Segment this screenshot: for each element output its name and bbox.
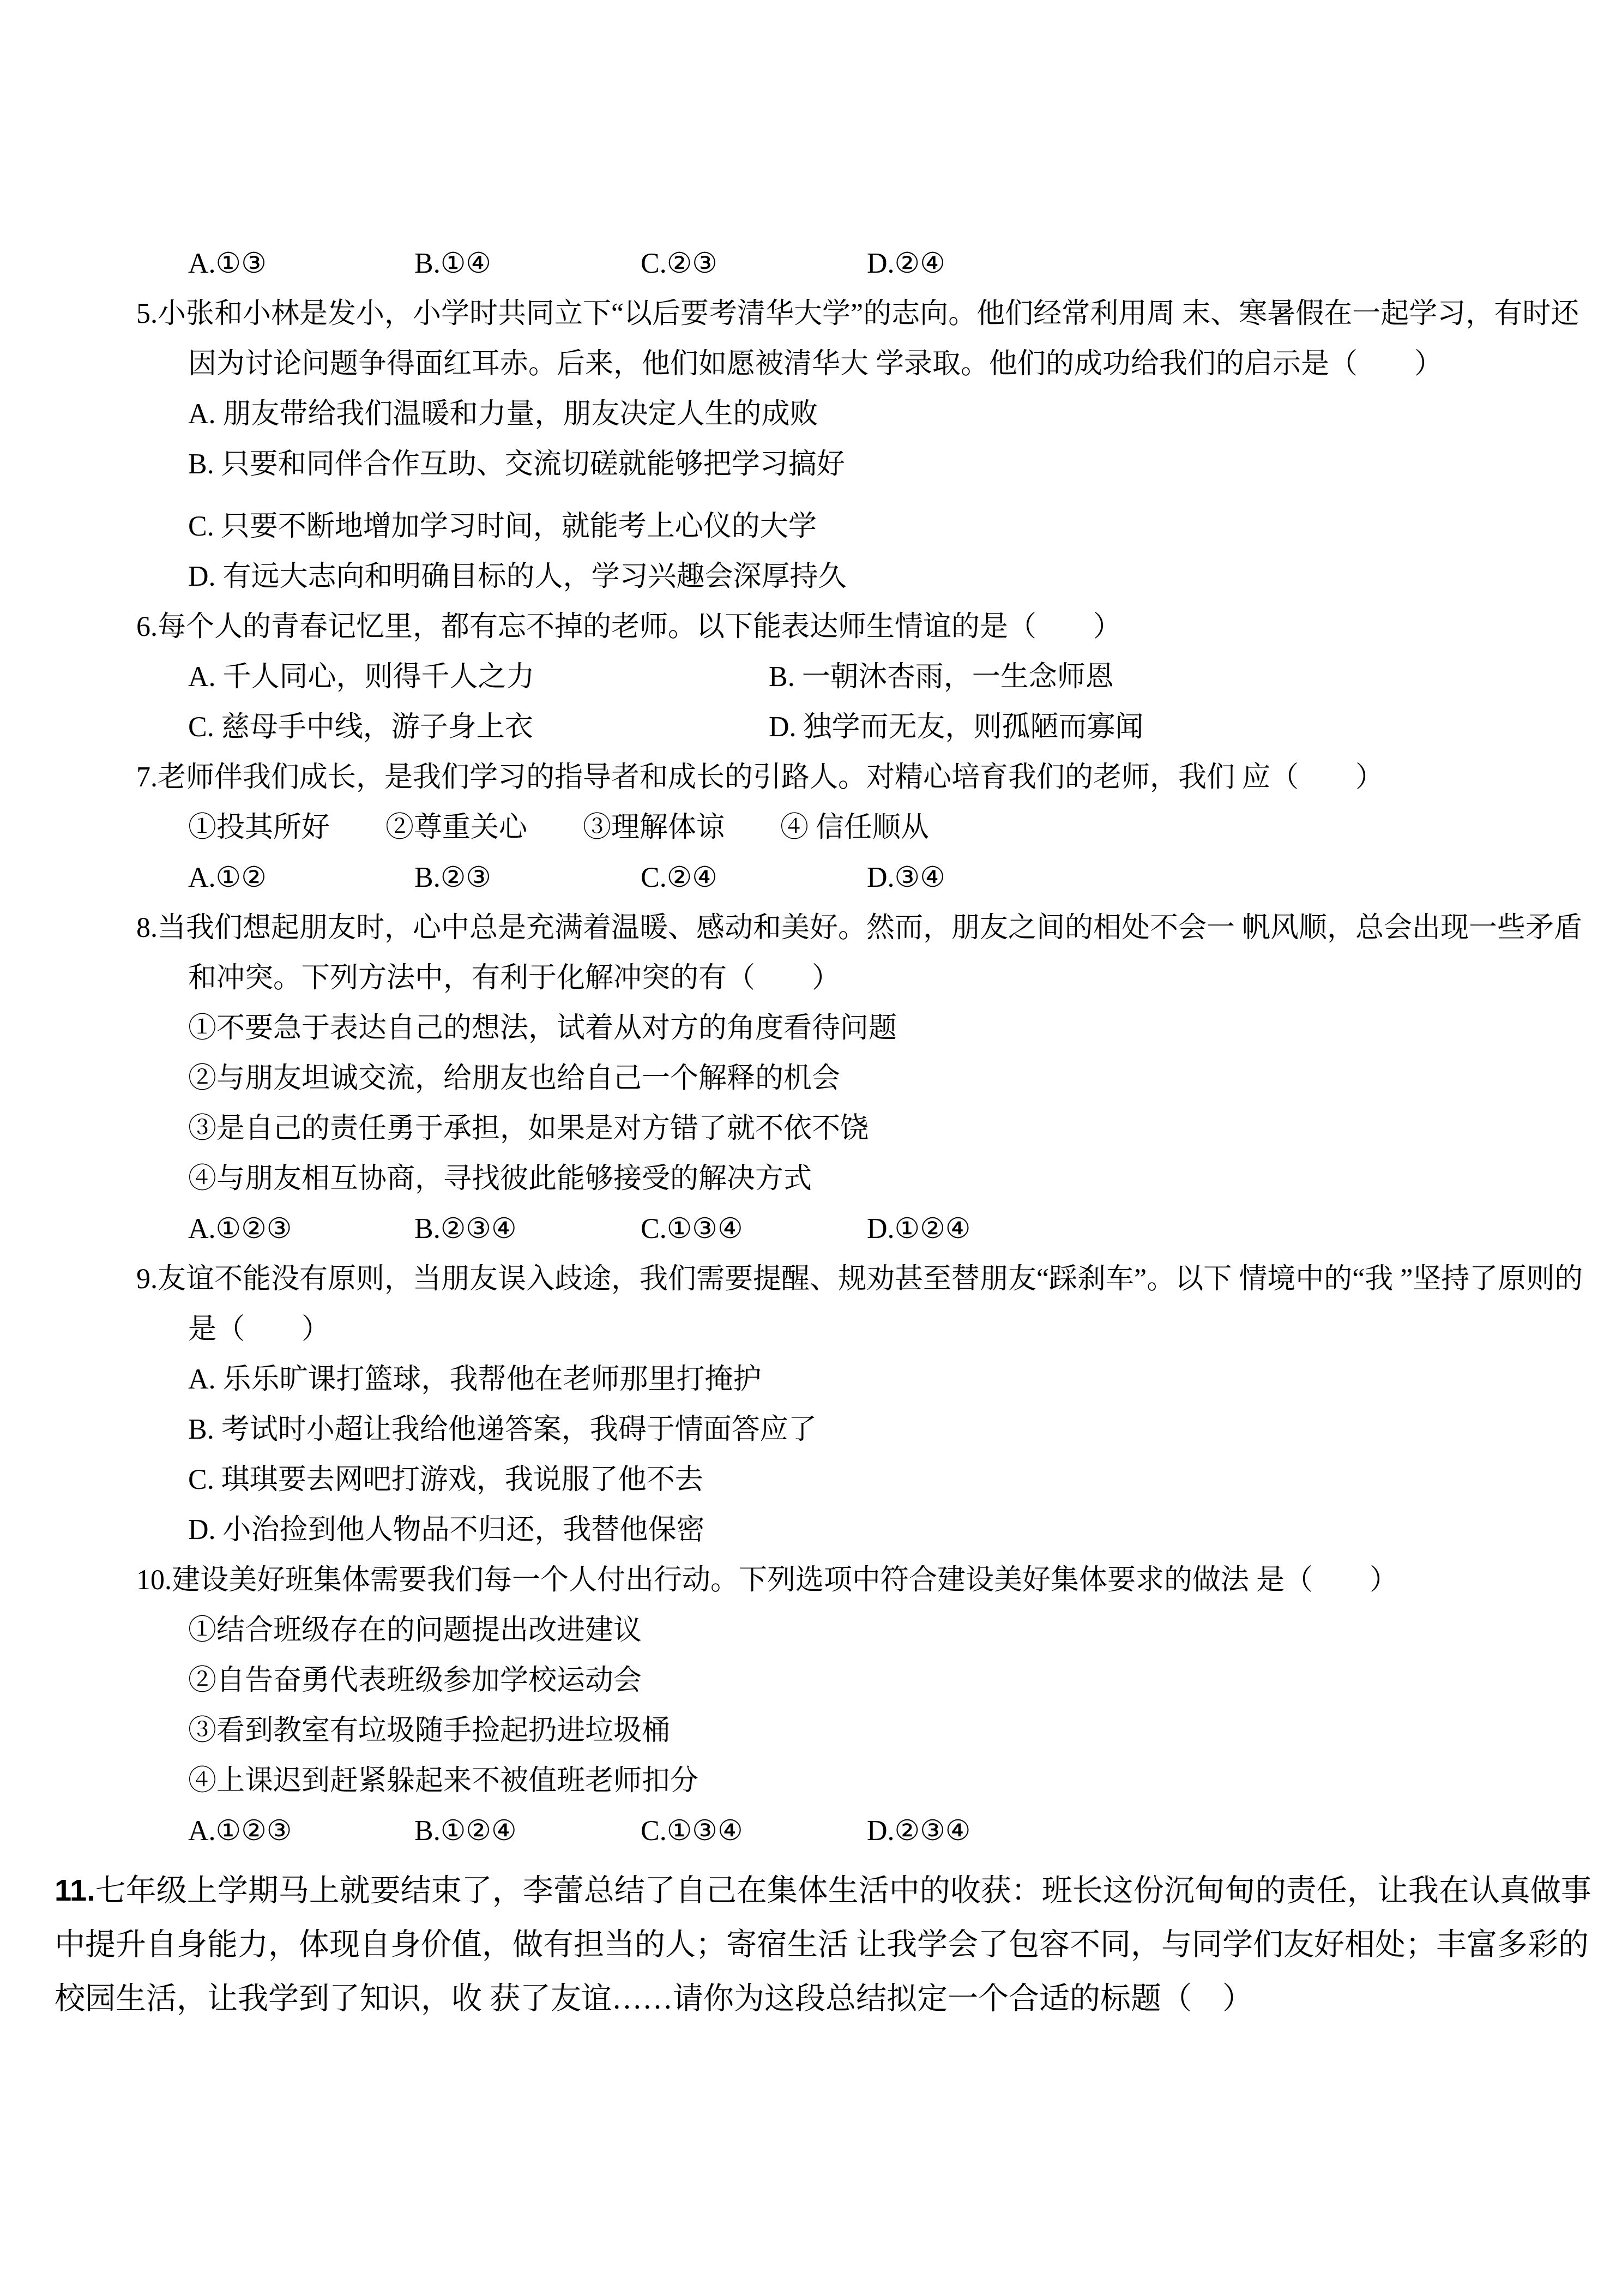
question-10-option-d: D.②③④ [867, 1806, 970, 1856]
question-5-option-a: A. 朋友带给我们温暖和力量，朋友决定人生的成败 [188, 389, 1589, 440]
question-10-option-a: A.①②③ [188, 1806, 414, 1856]
question-5-stem-text: 小张和小林是发小，小学时共同立下“以后要考清华大学”的志向。他们经常利用周 末、… [158, 298, 1579, 380]
question-7-option-c: C.②④ [641, 853, 867, 903]
question-10-options-row: A.①②③ B.①②④ C.①③④ D.②③④ [188, 1806, 1589, 1856]
question-7: 7.老师伴我们成长，是我们学习的指导者和成长的引路人。对精心培育我们的老师，我们… [136, 753, 1589, 903]
question-7-subitem-3: ③理解体谅 [583, 803, 780, 853]
question-10-option-c: C.①③④ [641, 1806, 867, 1856]
question-4-option-b: B.①④ [414, 239, 641, 289]
question-7-option-b: B.②③ [414, 853, 641, 903]
question-10-option-b: B.①②④ [414, 1806, 641, 1856]
question-5-option-b: B. 只要和同伴合作互助、交流切磋就能够把学习搞好 [188, 440, 1589, 490]
question-7-stem: 7.老师伴我们成长，是我们学习的指导者和成长的引路人。对精心培育我们的老师，我们… [136, 753, 1589, 803]
question-9-option-b: B. 考试时小超让我给他递答案，我碍于情面答应了 [188, 1405, 1589, 1455]
question-7-subitem-1: ①投其所好 [188, 803, 385, 853]
question-9-option-d: D. 小治捡到他人物品不归还，我替他保密 [188, 1505, 1589, 1555]
question-7-options-row: A.①② B.②③ C.②④ D.③④ [188, 853, 1589, 903]
exam-content: A.①③ B.①④ C.②③ D.②④ 5.小张和小林是发小，小学时共同立下“以… [136, 239, 1589, 2026]
question-6-option-d: D. 独学而无友，则孤陋而寡闻 [769, 702, 1144, 753]
question-8-option-c: C.①③④ [641, 1204, 867, 1254]
question-9: 9.友谊不能没有原则，当朋友误入歧途，我们需要提醒、规劝甚至替朋友“踩刹车”。以… [136, 1254, 1589, 1555]
question-11-text: 七年级上学期马上就要结束了，李蕾总结了自己在集体生活中的收获：班长这份沉甸甸的责… [55, 1874, 1591, 2016]
question-8-subitem-2: ②与朋友坦诚交流，给朋友也给自己一个解释的机会 [188, 1054, 1589, 1104]
question-9-option-c: C. 琪琪要去网吧打游戏，我说服了他不去 [188, 1455, 1589, 1505]
question-6-stem: 6.每个人的青春记忆里，都有忘不掉的老师。以下能表达师生情谊的是（ ） [136, 602, 1589, 652]
question-6-stem-text: 每个人的青春记忆里，都有忘不掉的老师。以下能表达师生情谊的是（ ） [158, 611, 1121, 642]
question-5-number: 5. [136, 298, 158, 329]
question-8-subitem-1: ①不要急于表达自己的想法，试着从对方的角度看待问题 [188, 1003, 1589, 1054]
question-6-number: 6. [136, 611, 158, 642]
question-10-subitem-4: ④上课迟到赶紧躲起来不被值班老师扣分 [188, 1756, 1589, 1806]
question-6-option-a: A. 千人同心，则得千人之力 [188, 652, 769, 702]
exam-paper-page: A.①③ B.①④ C.②③ D.②④ 5.小张和小林是发小，小学时共同立下“以… [0, 0, 1622, 2296]
question-5-option-c: C. 只要不断地增加学习时间，就能考上心仪的大学 [188, 502, 1589, 552]
question-8-subitem-3: ③是自己的责任勇于承担，如果是对方错了就不依不饶 [188, 1104, 1589, 1154]
question-8-options-row: A.①②③ B.②③④ C.①③④ D.①②④ [188, 1204, 1589, 1254]
question-10-stem: 10.建设美好班集体需要我们每一个人付出行动。下列选项中符合建设美好集体要求的做… [136, 1555, 1589, 1606]
question-8-number: 8. [136, 912, 158, 943]
question-4-option-c: C.②③ [641, 239, 867, 289]
question-10-subitem-1: ①结合班级存在的问题提出改进建议 [188, 1606, 1589, 1656]
question-8-stem-text: 当我们想起朋友时，心中总是充满着温暖、感动和美好。然而，朋友之间的相处不会一 帆… [158, 912, 1582, 994]
question-7-stem-text: 老师伴我们成长，是我们学习的指导者和成长的引路人。对精心培育我们的老师，我们 应… [158, 762, 1384, 793]
question-8-option-a: A.①②③ [188, 1204, 414, 1254]
question-6: 6.每个人的青春记忆里，都有忘不掉的老师。以下能表达师生情谊的是（ ） A. 千… [136, 602, 1589, 753]
question-8-option-d: D.①②④ [867, 1204, 970, 1254]
question-8: 8.当我们想起朋友时，心中总是充满着温暖、感动和美好。然而，朋友之间的相处不会一… [136, 903, 1589, 1254]
question-5-option-d: D. 有远大志向和明确目标的人，学习兴趣会深厚持久 [188, 552, 1589, 602]
question-10-stem-text: 建设美好班集体需要我们每一个人付出行动。下列选项中符合建设美好集体要求的做法 是… [172, 1565, 1398, 1596]
question-10: 10.建设美好班集体需要我们每一个人付出行动。下列选项中符合建设美好集体要求的做… [136, 1555, 1589, 1856]
question-7-subitem-2: ②尊重关心 [385, 803, 583, 853]
question-9-option-a: A. 乐乐旷课打篮球，我帮他在老师那里打掩护 [188, 1355, 1589, 1405]
question-7-subitem-4: ④ 信任顺从 [780, 803, 929, 853]
question-6-options-row-2: C. 慈母手中线，游子身上衣 D. 独学而无友，则孤陋而寡闻 [188, 702, 1589, 753]
question-8-subitem-4: ④与朋友相互协商，寻找彼此能够接受的解决方式 [188, 1154, 1589, 1204]
question-7-number: 7. [136, 762, 158, 793]
question-10-subitem-2: ②自告奋勇代表班级参加学校运动会 [188, 1656, 1589, 1706]
question-4-options-row: A.①③ B.①④ C.②③ D.②④ [188, 239, 1589, 289]
question-11: 11.七年级上学期马上就要结束了，李蕾总结了自己在集体生活中的收获：班长这份沉甸… [55, 1863, 1592, 2026]
question-6-option-c: C. 慈母手中线，游子身上衣 [188, 702, 769, 753]
question-9-stem-text: 友谊不能没有原则，当朋友误入歧途，我们需要提醒、规劝甚至替朋友“踩刹车”。以下 … [158, 1264, 1583, 1345]
question-9-stem: 9.友谊不能没有原则，当朋友误入歧途，我们需要提醒、规劝甚至替朋友“踩刹车”。以… [136, 1254, 1589, 1355]
question-4-option-d: D.②④ [867, 239, 945, 289]
question-6-options-row-1: A. 千人同心，则得千人之力 B. 一朝沐杏雨，一生念师恩 [188, 652, 1589, 702]
question-5: 5.小张和小林是发小，小学时共同立下“以后要考清华大学”的志向。他们经常利用周 … [136, 289, 1589, 602]
question-10-subitem-3: ③看到教室有垃圾随手捡起扔进垃圾桶 [188, 1706, 1589, 1756]
question-5-stem: 5.小张和小林是发小，小学时共同立下“以后要考清华大学”的志向。他们经常利用周 … [136, 289, 1589, 389]
question-6-option-b: B. 一朝沐杏雨，一生念师恩 [769, 652, 1114, 702]
question-7-option-a: A.①② [188, 853, 414, 903]
question-7-option-d: D.③④ [867, 853, 945, 903]
question-7-subitems-row: ①投其所好 ②尊重关心 ③理解体谅 ④ 信任顺从 [188, 803, 1589, 853]
question-9-number: 9. [136, 1264, 158, 1295]
question-8-option-b: B.②③④ [414, 1204, 641, 1254]
question-4-option-a: A.①③ [188, 239, 414, 289]
question-8-stem: 8.当我们想起朋友时，心中总是充满着温暖、感动和美好。然而，朋友之间的相处不会一… [136, 903, 1589, 1003]
question-10-number: 10. [136, 1565, 172, 1596]
question-11-number: 11. [55, 1873, 95, 1907]
